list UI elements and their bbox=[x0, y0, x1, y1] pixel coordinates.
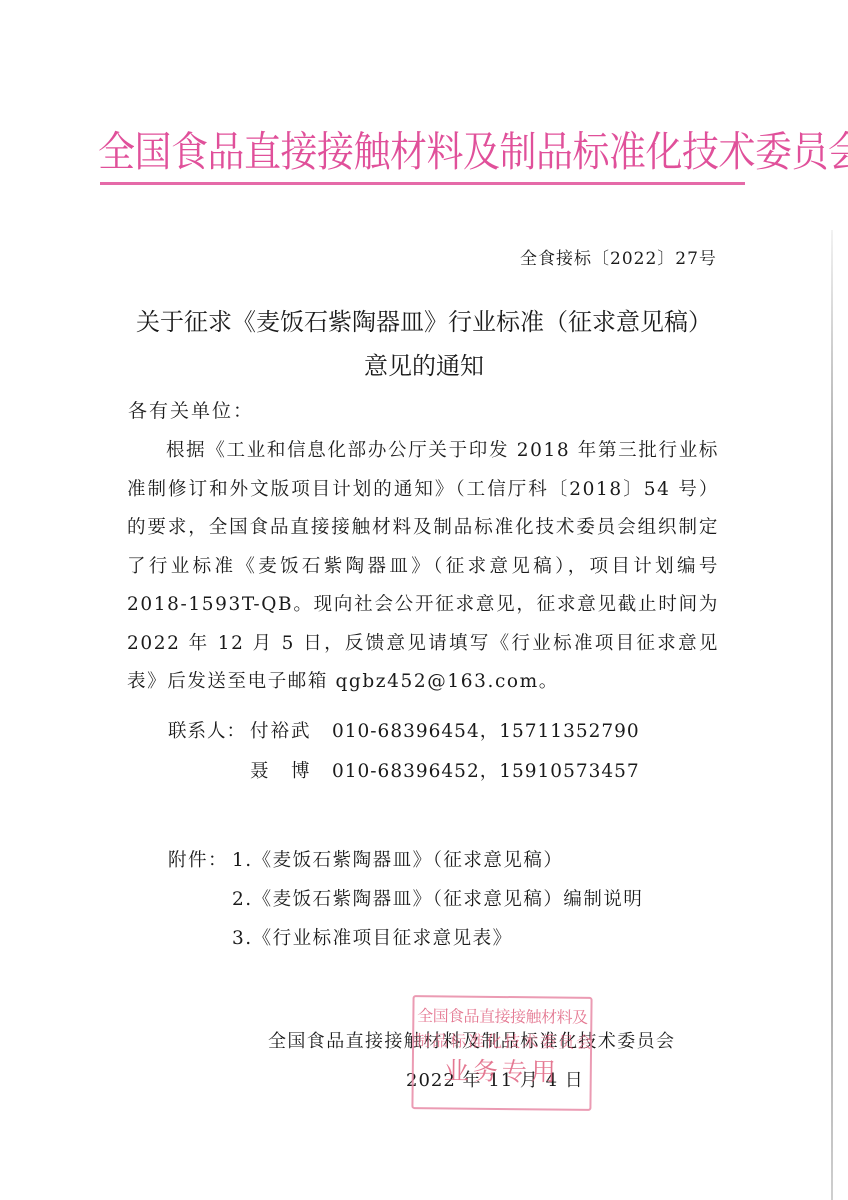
attachment-item: 3.《行业标准项目征求意见表》 bbox=[232, 924, 513, 954]
salutation: 各有关单位： bbox=[128, 396, 254, 426]
contact-row: 联系人：付裕武010-68396454，15711352790 bbox=[168, 717, 640, 747]
notice-title-line-1: 关于征求《麦饭石紫陶器皿》行业标准（征求意见稿） bbox=[0, 304, 848, 340]
document-number: 全食接标〔2022〕27号 bbox=[520, 246, 717, 272]
letterhead-rule bbox=[100, 182, 745, 185]
attachments-label: 附件： bbox=[168, 846, 228, 876]
stamp-line-3: 业务专用 bbox=[414, 1053, 590, 1091]
official-seal-stamp: 全国食品直接接触材料及 制品标准化技术委员会 业务专用 bbox=[411, 995, 592, 1111]
contact-label: 联系人： bbox=[168, 717, 250, 747]
scan-edge-line bbox=[831, 230, 833, 1200]
letterhead-title: 全国食品直接接触材料及制品标准化技术委员会 bbox=[98, 118, 750, 187]
stamp-line-1: 全国食品直接接触材料及 bbox=[414, 1003, 590, 1031]
notice-title-line-2: 意见的通知 bbox=[0, 348, 848, 384]
attachment-item: 1.《麦饭石紫陶器皿》（征求意见稿） bbox=[232, 846, 563, 876]
attachment-item: 2.《麦饭石紫陶器皿》（征求意见稿）编制说明 bbox=[232, 885, 643, 915]
contact-name: 聂 博 bbox=[250, 757, 332, 787]
contact-name: 付裕武 bbox=[250, 717, 332, 747]
contact-row: 聂 博010-68396452，15910573457 bbox=[250, 757, 640, 787]
body-paragraph: 根据《工业和信息化部办公厅关于印发 2018 年第三批行业标准制修订和外文版项目… bbox=[127, 432, 719, 702]
contact-phones: 010-68396454，15711352790 bbox=[332, 721, 640, 742]
stamp-line-2: 制品标准化技术委员会 bbox=[414, 1029, 590, 1055]
contact-phones: 010-68396452，15910573457 bbox=[332, 761, 640, 782]
